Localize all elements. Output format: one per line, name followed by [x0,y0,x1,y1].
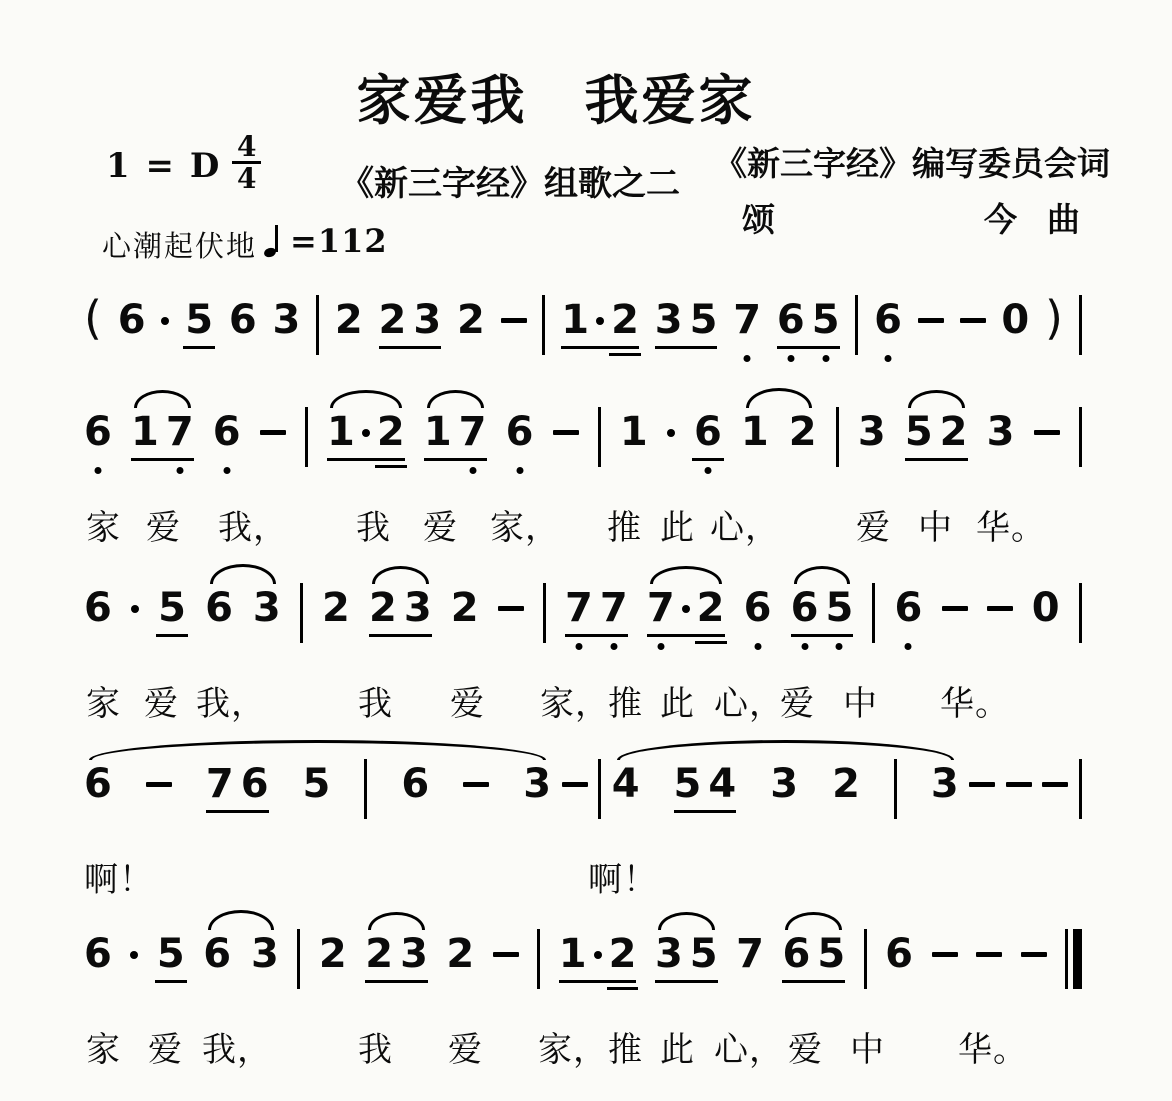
note: 7 [565,586,593,630]
beam-line [559,980,637,983]
note-digit: 2 [697,585,725,631]
score-header: 家爱我 我爱家 1 = D 4 4 《新三字经》组歌之二 《新三字经》编写委员会… [0,0,1172,272]
note: 2 [940,410,968,454]
note: 1 [131,410,159,454]
beam-line [674,810,737,813]
note: 0 [1032,586,1060,630]
sixteenth-underline [607,987,639,990]
lyric-char: 爱 [450,676,485,725]
note: 2 [322,586,350,630]
note: 5 [303,762,331,806]
lyric-char: 家 [86,500,121,549]
lyric-char: 华。 [940,676,1010,725]
final-barline-thick [1073,929,1082,989]
beam-line [424,458,487,461]
note: 1 [424,410,452,454]
lyric-char: 家， [490,500,560,549]
note: 6 [84,932,112,976]
lyric-char: 爱 [423,500,458,549]
note-digit: 3 [655,931,683,977]
beam-line [782,980,845,983]
sixteenth-underline [695,641,727,644]
dash-note [960,318,986,323]
dash-note [987,606,1013,611]
beam-line [791,634,854,637]
beam-group-slurred: 23 [369,586,432,637]
note: 5 [690,298,718,342]
lyric-char: 华。 [976,500,1046,549]
note-digit: 4 [708,761,736,807]
note: 6 [84,586,112,630]
note: 5 [185,298,213,342]
parenthesis: ) [1045,295,1063,341]
note: 6 [782,932,810,976]
lyric-char: 心， [714,1022,784,1071]
beam-line [131,458,194,461]
lyric-char: 我 [356,500,391,549]
quarter-note-icon [264,224,282,258]
note-digit: 6 [213,409,241,455]
beam-group-notes: 65 [777,298,840,342]
note: 5 [674,762,702,806]
note-digit: 6 [744,585,772,631]
note-digit: 6 [885,931,913,977]
note: 1 [561,298,589,342]
beam-group-slurred: 35 [655,932,718,983]
note: 4 [612,762,640,806]
beam-group-notes: 54 [674,762,737,806]
barline [836,407,839,467]
final-barline-thin [1065,929,1068,989]
note: 2 [697,586,725,630]
dash-note [1034,430,1060,435]
low-octave-dot [657,643,664,650]
beam-group: 12 [561,298,639,349]
note-digit: 3 [253,585,281,631]
note-digit: 6 [791,585,819,631]
note: 3 [655,932,683,976]
low-octave-dot [223,467,230,474]
note-digit: 5 [690,931,718,977]
note-digit: 5 [185,297,213,343]
note-digit: 6 [874,297,902,343]
note-digit: 1 [741,409,769,455]
lyric-char: 爱 [146,500,181,549]
lyric-char: 心， [710,500,780,549]
note: 3 [404,586,432,630]
lyric-char: 我 [358,676,393,725]
time-signature: 4 4 [232,132,261,194]
beam-group: 12 [559,932,637,983]
barline [305,407,308,467]
note: 5 [817,932,845,976]
lyric-char: 我， [218,500,288,549]
lyric-char: 家， [540,676,610,725]
note: 2 [379,298,407,342]
note: 3 [272,298,300,342]
note: 6 [241,762,269,806]
dash-note [493,952,519,957]
beam-line [206,810,269,813]
note: 5 [690,932,718,976]
parenthesis: ( [84,295,102,341]
note-digit: 2 [789,409,817,455]
note-digit: 6 [694,409,722,455]
score: (65632232123576560)61761217616123523家爱我，… [0,272,1172,1082]
note: 6 [84,762,112,806]
beam-group-notes: 17 [131,410,194,454]
augmentation-dot [362,429,370,437]
note: 6 [895,586,923,630]
note: 3 [523,762,551,806]
final-barline [1065,929,1082,989]
lyric-char: 家 [86,1022,121,1071]
dash-note [463,782,489,787]
beam-group-notes: 23 [365,932,428,976]
low-octave-dot [610,643,617,650]
note-digit: 1 [327,409,355,455]
music-line-3: 65632232777266560 [84,560,1082,672]
beam-line [565,634,628,637]
beam-group: 23 [379,298,442,349]
beam-group-slurred: 52 [905,410,968,461]
low-octave-dot [754,643,761,650]
sixteenth-underline [609,353,641,356]
note-digit: 6 [241,761,269,807]
music-line-4: 676563454323 [84,736,1082,848]
beam-group-notes: 35 [655,932,718,976]
lyric-line: 家爱我，我爱家，推此心，爱中华。 [0,1018,1172,1082]
dash-note [969,782,995,787]
note-digit: 6 [84,931,112,977]
note-digit: 3 [251,931,279,977]
note: 5 [812,298,840,342]
slur-span: 63 [203,932,279,976]
dash-note [1042,782,1068,787]
lyric-char: 此 [660,676,695,725]
note-digit: 6 [895,585,923,631]
note-digit: 3 [858,409,886,455]
lyric-char: 爱 [148,1022,183,1071]
note: 7 [206,762,234,806]
note: 6 [694,410,722,454]
note-digit: 2 [457,297,485,343]
note-digit: 1 [561,297,589,343]
beam-group-notes: 17 [424,410,487,454]
note: 6 [229,298,257,342]
lyric-char: 家 [86,676,121,725]
note-digit: 5 [303,761,331,807]
note-digit: 1 [620,409,648,455]
barline [1079,759,1082,819]
note: 5 [157,932,185,976]
note-digit: 2 [322,585,350,631]
dash-note [918,318,944,323]
time-signature-top: 4 [232,132,261,161]
dash-note [501,318,527,323]
note-digit: 2 [611,297,639,343]
note-digit: 1 [559,931,587,977]
note-digit: 6 [84,585,112,631]
barline [598,759,601,819]
note-digit: 3 [770,761,798,807]
lyric-char: 啊！ [84,852,154,901]
note: 7 [733,298,761,342]
lyric-char: 我 [358,1022,393,1071]
note: 5 [158,586,186,630]
dash-note [1006,782,1032,787]
note: 3 [987,410,1015,454]
note-digit: 0 [1032,585,1060,631]
note-digit: 2 [832,761,860,807]
sheet-music-page: { "title": "家爱我 我爱家", "header": { "key":… [0,0,1172,1101]
note-digit: 5 [905,409,933,455]
beam-group: 65 [777,298,840,349]
note-digit: 4 [612,761,640,807]
barline [543,583,546,643]
note: 3 [253,586,281,630]
music-line-5: 6563223212357656 [84,906,1082,1018]
note-digit: 6 [782,931,810,977]
beam-line [561,346,639,349]
lyricist-credit-tail: 颂 [742,194,775,241]
dash-note [976,952,1002,957]
note-digit: 6 [506,409,534,455]
note-digit: 2 [940,409,968,455]
note: 6 [506,410,534,454]
note-digit: 6 [205,585,233,631]
eighth-underline [155,980,187,983]
slur-span: 63 [205,586,281,630]
sixteenth-underline [375,465,407,468]
note-digit: 2 [369,585,397,631]
low-octave-dot [822,355,829,362]
note: 2 [832,762,860,806]
beam-group-notes: 23 [369,586,432,630]
note: 5 [905,410,933,454]
lyric-line: 啊！啊！ [0,848,1172,906]
note-digit: 3 [400,931,428,977]
note: 6 [84,410,112,454]
low-octave-dot [836,643,843,650]
note-digit: 2 [451,585,479,631]
beam-line [655,980,718,983]
low-octave-dot [787,355,794,362]
beam-group-notes: 52 [905,410,968,454]
low-octave-dot [905,643,912,650]
note: 3 [655,298,683,342]
lyric-char: 爱 [144,676,179,725]
note-digit: 6 [401,761,429,807]
note: 6 [213,410,241,454]
beam-line [327,458,405,461]
barline [864,929,867,989]
note: 7 [600,586,628,630]
lyric-char: 爱 [788,1022,823,1071]
barline [855,295,858,355]
beam-group: 35 [655,298,718,349]
note: 2 [789,410,817,454]
note: 3 [400,932,428,976]
note-digit: 7 [647,585,675,631]
beam-group-slurred: 65 [782,932,845,983]
series-subtitle: 《新三字经》组歌之二 [340,156,680,205]
beam-group-slurred: 72 [647,586,725,637]
note-digit: 3 [404,585,432,631]
lyric-char: 推 [608,676,643,725]
note: 2 [446,932,474,976]
note-digit: 5 [157,931,185,977]
dash-note [1021,952,1047,957]
note-digit: 7 [600,585,628,631]
note-digit: 3 [413,297,441,343]
lyric-char: 中 [918,500,953,549]
note-digit: 7 [565,585,593,631]
note-digit: 3 [987,409,1015,455]
note-digit: 6 [229,297,257,343]
beam-group-notes: 72 [647,586,725,630]
dash-note [562,782,588,787]
slur-span: 454323 [612,762,959,819]
note: 6 [874,298,902,342]
barline [364,759,367,819]
low-octave-dot [94,467,101,474]
composer-credit: 今曲 [984,194,1110,241]
note: 6 [791,586,819,630]
low-octave-dot [469,467,476,474]
note-digit: 1 [131,409,159,455]
note-digit: 6 [84,409,112,455]
beam-group-slurred: 17 [424,410,487,461]
eighth-underline [183,346,215,349]
lyric-char: 此 [660,1022,695,1071]
key-signature: 1 = D [106,146,221,186]
note-digit: 3 [272,297,300,343]
augmentation-dot [667,429,675,437]
low-octave-dot [516,467,523,474]
slur-span: 676563 [84,762,551,819]
tempo-marking: =112 [290,222,388,260]
low-octave-dot [801,643,808,650]
note: 1 [741,410,769,454]
lyric-char: 推 [607,500,642,549]
barline [537,929,540,989]
lyric-char: 此 [660,500,695,549]
beam-line [369,634,432,637]
note-digit: 5 [817,931,845,977]
low-octave-dot [176,467,183,474]
note-digit: 2 [335,297,363,343]
note: 3 [251,932,279,976]
beam-group-notes: 12 [327,410,405,454]
note-digit: 5 [690,297,718,343]
beam-line [655,346,718,349]
note-digit: 6 [203,931,231,977]
beam-line [647,634,725,637]
barline [894,759,897,819]
song-title: 家爱我 我爱家 [0,58,1112,135]
beam-line [365,980,428,983]
beam-group-notes: 12 [559,932,637,976]
barline [1079,295,1082,355]
low-octave-dot [575,643,582,650]
note-digit: 6 [84,761,112,807]
note: 6 [205,586,233,630]
lyric-char: 我， [202,1022,272,1071]
augmentation-dot [130,951,138,959]
dash-note [942,606,968,611]
beam-line [777,346,840,349]
lyric-char: 家， [538,1022,608,1071]
barline [872,583,875,643]
beam-group-notes: 77 [565,586,628,630]
barline [598,407,601,467]
time-signature-bottom: 4 [232,161,261,193]
note: 6 [401,762,429,806]
low-octave-dot [744,355,751,362]
note-digit: 6 [777,297,805,343]
music-line-1: (65632232123576560) [84,272,1082,384]
note-digit: 1 [424,409,452,455]
lyric-line: 家爱我，我爱家，推此心，爱中华。 [0,496,1172,560]
note: 6 [203,932,231,976]
note: 1 [559,932,587,976]
augmentation-dot [682,605,690,613]
note: 2 [457,298,485,342]
barline [297,929,300,989]
note: 6 [777,298,805,342]
barline [316,295,319,355]
note-digit: 7 [206,761,234,807]
augmentation-dot [161,317,169,325]
note: 7 [459,410,487,454]
beam-group-slurred: 17 [131,410,194,461]
note: 1 [327,410,355,454]
note: 2 [319,932,347,976]
note: 2 [611,298,639,342]
lyric-char: 华。 [958,1022,1028,1071]
note: 3 [858,410,886,454]
lyric-line: 家爱我，我爱家，推此心，爱中华。 [0,672,1172,736]
dash-note [498,606,524,611]
eighth-underline [692,458,724,461]
note: 7 [647,586,675,630]
beam-group-slurred: 65 [791,586,854,637]
dash-note [553,430,579,435]
note: 2 [365,932,393,976]
note: 2 [335,298,363,342]
dash-note [932,952,958,957]
note: 2 [369,586,397,630]
augmentation-dot [594,951,602,959]
lyric-char: 中 [850,1022,885,1071]
beam-group-notes: 35 [655,298,718,342]
note-digit: 0 [1001,297,1029,343]
beam-group-notes: 12 [561,298,639,342]
note: 7 [166,410,194,454]
note-digit: 2 [446,931,474,977]
beam-line [379,346,442,349]
augmentation-dot [596,317,604,325]
lyricist-credit: 《新三字经》编写委员会词 [714,138,1110,185]
note: 6 [744,586,772,630]
note-digit: 2 [319,931,347,977]
augmentation-dot [131,605,139,613]
note: 4 [708,762,736,806]
beam-group-notes: 23 [379,298,442,342]
note-digit: 5 [674,761,702,807]
note: 2 [451,586,479,630]
